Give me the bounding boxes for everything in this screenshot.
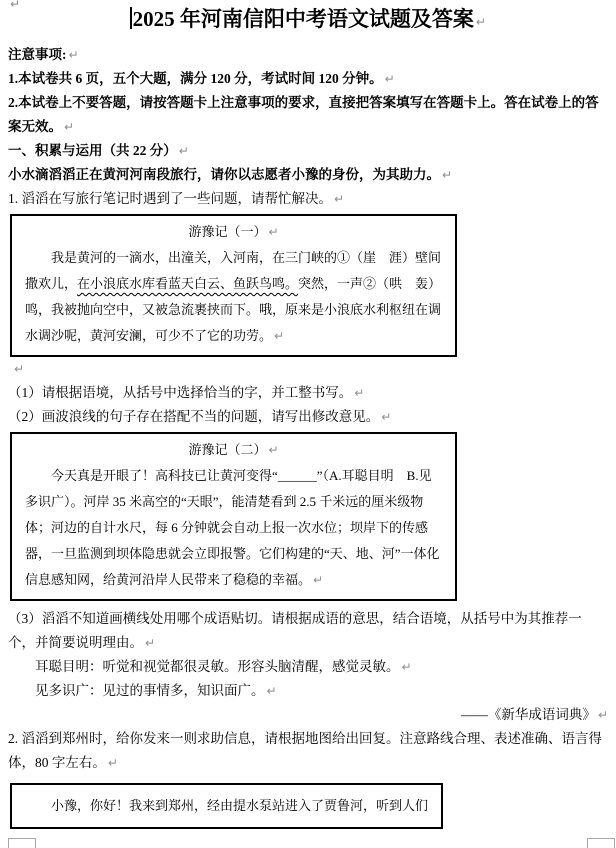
text-cursor — [130, 7, 132, 29]
travel-note-1-title: 游豫记（一）↵ — [25, 219, 442, 245]
section-1-heading[interactable]: 一、积累与运用（共 22 分）↵ — [8, 139, 608, 163]
travel-note-box-2[interactable]: 游豫记（二）↵ 今天真是开眼了！高科技已让黄河变得“______”（A.耳聪目明… — [10, 432, 457, 601]
paragraph-mark: ↵ — [385, 72, 395, 86]
question-1-sub-3[interactable]: （3）滔滔不知道画横线处用哪个成语贴切。请根据成语的意思，结合语境，从括号中为其… — [8, 607, 608, 655]
paragraph-mark: ↵ — [598, 708, 608, 722]
page-boundary-mark-left — [8, 838, 36, 848]
question-1-stem[interactable]: 1. 滔滔在写旅行笔记时遇到了一些问题，请帮忙解决。↵ — [8, 187, 608, 211]
paragraph-mark: ↵ — [476, 15, 486, 29]
help-message-text: 小豫，你好！我来到郑州，经由提水泵站进入了贾鲁河，听到人们说着规 — [25, 793, 428, 819]
paragraph-mark: ↵ — [402, 660, 412, 674]
paragraph-mark: ↵ — [10, 0, 20, 11]
paragraph-mark: ↵ — [334, 192, 344, 206]
notice-item-1[interactable]: 1.本试卷共 6 页，五个大题，满分 120 分，考试时间 120 分钟。↵ — [8, 67, 608, 91]
travel-note-box-1[interactable]: 游豫记（一）↵ 我是黄河的一滴水，出潼关，入河南，在三门峡的①（崖 涯）壁间撒欢… — [10, 214, 457, 357]
wavy-underlined-sentence: 在小浪底水库看蓝天白云、鱼跃鸟鸣。 — [77, 276, 298, 291]
paragraph-mark: ↵ — [267, 684, 277, 698]
travel-note-2-title: 游豫记（二）↵ — [25, 437, 442, 463]
paragraph-mark: ↵ — [354, 386, 364, 400]
idiom-source-citation[interactable]: ——《新华成语词典》↵ — [8, 703, 608, 727]
travel-note-1-text: 我是黄河的一滴水，出潼关，入河南，在三门峡的①（崖 涯）壁间撒欢儿，在小浪底水库… — [25, 245, 442, 349]
paragraph-mark: ↵ — [69, 48, 79, 62]
paragraph-mark: ↵ — [442, 168, 452, 182]
idiom-definition-2[interactable]: 见多识广：见过的事情多，知识面广。↵ — [8, 679, 608, 703]
paragraph-mark: ↵ — [313, 573, 323, 587]
paragraph-mark: ↵ — [381, 410, 391, 424]
question-1-sub-2[interactable]: （2）画波浪线的句子存在搭配不当的问题，请写出修改意见。↵ — [8, 405, 608, 429]
paragraph-mark: ↵ — [179, 144, 189, 158]
page-title[interactable]: 2025 年河南信阳中考语文试题及答案↵ — [8, 4, 608, 37]
travel-note-2-text: 今天真是开眼了！高科技已让黄河变得“______”（A.耳聪目明 B.见多识广）… — [25, 463, 442, 593]
question-1-sub-1[interactable]: （1）请根据语境，从括号中选择恰当的字，并工整书写。↵ — [8, 381, 608, 405]
title-text: 2025 年河南信阳中考语文试题及答案 — [133, 7, 474, 31]
empty-paragraph[interactable]: ↵ — [12, 357, 608, 381]
help-message-box[interactable]: 小豫，你好！我来到郑州，经由提水泵站进入了贾鲁河，听到人们说着规 — [10, 783, 443, 829]
question-2-stem[interactable]: 2. 滔滔到郑州时，给你发来一则求助信息，请根据地图给出回复。注意路线合理、表述… — [8, 727, 608, 775]
paragraph-mark: ↵ — [64, 120, 74, 134]
paragraph-mark: ↵ — [14, 362, 24, 376]
document-page[interactable]: ↵ 2025 年河南信阳中考语文试题及答案↵ 注意事项:↵ 1.本试卷共 6 页… — [0, 4, 616, 829]
idiom-definition-1[interactable]: 耳聪目明：听觉和视觉都很灵敏。形容头脑清醒，感觉灵敏。↵ — [8, 655, 608, 679]
notice-item-2[interactable]: 2.本试卷上不要答题，请按答题卡上注意事项的要求，直接把答案填写在答题卡上。答在… — [8, 91, 608, 139]
paragraph-mark: ↵ — [108, 756, 118, 770]
notice-heading[interactable]: 注意事项:↵ — [8, 43, 608, 67]
paragraph-mark: ↵ — [268, 443, 278, 457]
section-1-intro[interactable]: 小水滴滔滔正在黄河河南段旅行，请你以志愿者小豫的身份，为其助力。↵ — [8, 163, 608, 187]
paragraph-mark: ↵ — [268, 225, 278, 239]
page-boundary-mark-right — [587, 838, 615, 848]
paragraph-mark: ↵ — [274, 329, 284, 343]
paragraph-mark: ↵ — [145, 636, 155, 650]
